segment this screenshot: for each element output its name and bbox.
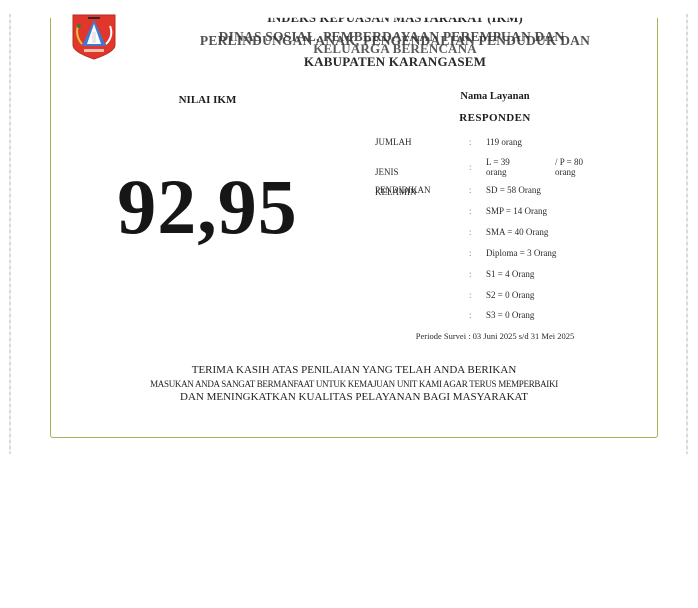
separator: : (469, 206, 472, 216)
education-item: SMA = 40 Orang (486, 227, 548, 237)
education-item: S1 = 4 Orang (486, 269, 534, 279)
male-count-line-1: L = 39 (486, 157, 510, 167)
separator: : (469, 185, 472, 195)
education-item: SMP = 14 Orang (486, 206, 547, 216)
education-item: SD = 58 Orang (486, 185, 541, 195)
gender-label: JENIS KELAMIN (375, 157, 460, 207)
respondents-heading: RESPONDEN (355, 112, 635, 124)
total-label: JUMLAH (375, 137, 460, 147)
education-item: S3 = 0 Orang (486, 310, 534, 320)
thank-you-line-2: MASUKAN ANDA SANGAT BERMANFAAT UNTUK KEM… (50, 379, 658, 389)
separator: : (469, 269, 472, 279)
scan-edge-right (686, 14, 688, 454)
document-title: INDEKS KEPUASAN MASYARAKAT (IKM) (150, 11, 640, 26)
female-count: / P = 80 orang (555, 157, 583, 177)
female-count-line-1: / P = 80 (555, 157, 583, 167)
gender-label-line-1: JENIS (375, 167, 460, 177)
male-count-line-2: orang (486, 167, 510, 177)
thank-you-line-1: TERIMA KASIH ATAS PENILAIAN YANG TELAH A… (50, 364, 658, 376)
separator: : (469, 310, 472, 320)
service-name: Nama Layanan (355, 91, 635, 102)
ikm-score-value: 92,95 (80, 168, 335, 246)
education-item: Diploma = 3 Orang (486, 248, 556, 258)
region-name: KABUPATEN KARANGASEM (150, 54, 640, 70)
scan-edge-left (9, 14, 11, 454)
survey-period: Periode Survei : 03 Juni 2025 s/d 31 Mei… (355, 331, 635, 341)
separator: : (469, 162, 472, 172)
total-value: 119 orang (486, 137, 522, 147)
karangasem-regency-crest-icon (70, 12, 118, 60)
education-label: PENDIDIKAN (375, 185, 460, 195)
education-item: S2 = 0 Orang (486, 290, 534, 300)
separator: : (469, 137, 472, 147)
ikm-score-label: NILAI IKM (80, 94, 335, 106)
male-count: L = 39 orang (486, 157, 510, 177)
separator: : (469, 290, 472, 300)
separator: : (469, 248, 472, 258)
female-count-line-2: orang (555, 167, 583, 177)
thank-you-line-3: DAN MENINGKATKAN KUALITAS PELAYANAN BAGI… (50, 391, 658, 403)
separator: : (469, 227, 472, 237)
